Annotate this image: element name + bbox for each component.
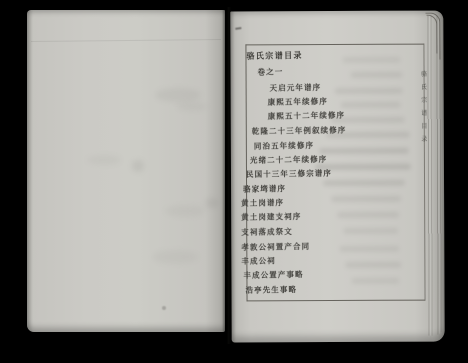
left-page [27, 10, 225, 332]
toc-entry: 黄土岗建支祠序 [241, 213, 301, 222]
toc-entry: 同治五年续修序 [254, 142, 314, 151]
page-smudge [155, 88, 201, 102]
bleedthrough-text [337, 212, 399, 218]
bleedthrough-text [326, 132, 410, 138]
page-smudge [152, 250, 198, 264]
bleedthrough-text [331, 196, 401, 202]
book-scan: 骆氏宗谱目录 骆氏宗谱目录 卷之一 天启元年谱序 康熙五年续修序 康熙五十二年续… [0, 0, 468, 363]
bleedthrough-text [351, 72, 403, 78]
bleedthrough-text [319, 148, 409, 154]
bleedthrough-text [323, 180, 405, 186]
toc-entry: 支祠落成祭文 [241, 228, 293, 237]
crease-line [31, 39, 221, 42]
toc-entry: 孝敦公祠置产合同 [241, 243, 310, 252]
toc-entry: 天启元年谱序 [270, 84, 322, 93]
toc-entry: 丰成公置产事略 [243, 271, 303, 280]
fore-edge-pages [425, 16, 443, 336]
page-smudge [87, 155, 121, 165]
toc-entry: 黄土岗谱序 [241, 199, 284, 208]
toc-entry: 丰成公祠 [241, 257, 276, 266]
toc-entry: 浩亭先生事略 [245, 286, 297, 295]
page-smudge [165, 205, 205, 217]
toc-entry: 骆家塆谱序 [243, 185, 286, 194]
page-smudge [177, 102, 207, 111]
tick-mark [235, 27, 241, 30]
page-smudge [162, 306, 166, 310]
bleedthrough-text [343, 228, 398, 234]
toc-title: 骆氏宗谱目录 [246, 52, 303, 61]
bleedthrough-text [339, 246, 399, 252]
bleedthrough-text [341, 102, 401, 108]
bleedthrough-text [315, 164, 411, 170]
page-smudge [132, 160, 144, 172]
page-smudge [205, 198, 219, 208]
bleedthrough-text [351, 278, 399, 284]
toc-entry: 民国十三年三修宗谱序 [246, 169, 332, 178]
bleedthrough-text [331, 117, 405, 123]
toc-volume-label: 卷之一 [257, 68, 283, 76]
edge-title-label: 骆氏宗谱目录 [419, 71, 428, 149]
bleedthrough-text [335, 88, 403, 94]
bleedthrough-text [342, 57, 400, 63]
bleedthrough-text [345, 262, 401, 268]
toc-entry: 康熙五年续修序 [268, 98, 328, 107]
right-page: 骆氏宗谱目录 骆氏宗谱目录 卷之一 天启元年谱序 康熙五年续修序 康熙五十二年续… [230, 11, 444, 343]
